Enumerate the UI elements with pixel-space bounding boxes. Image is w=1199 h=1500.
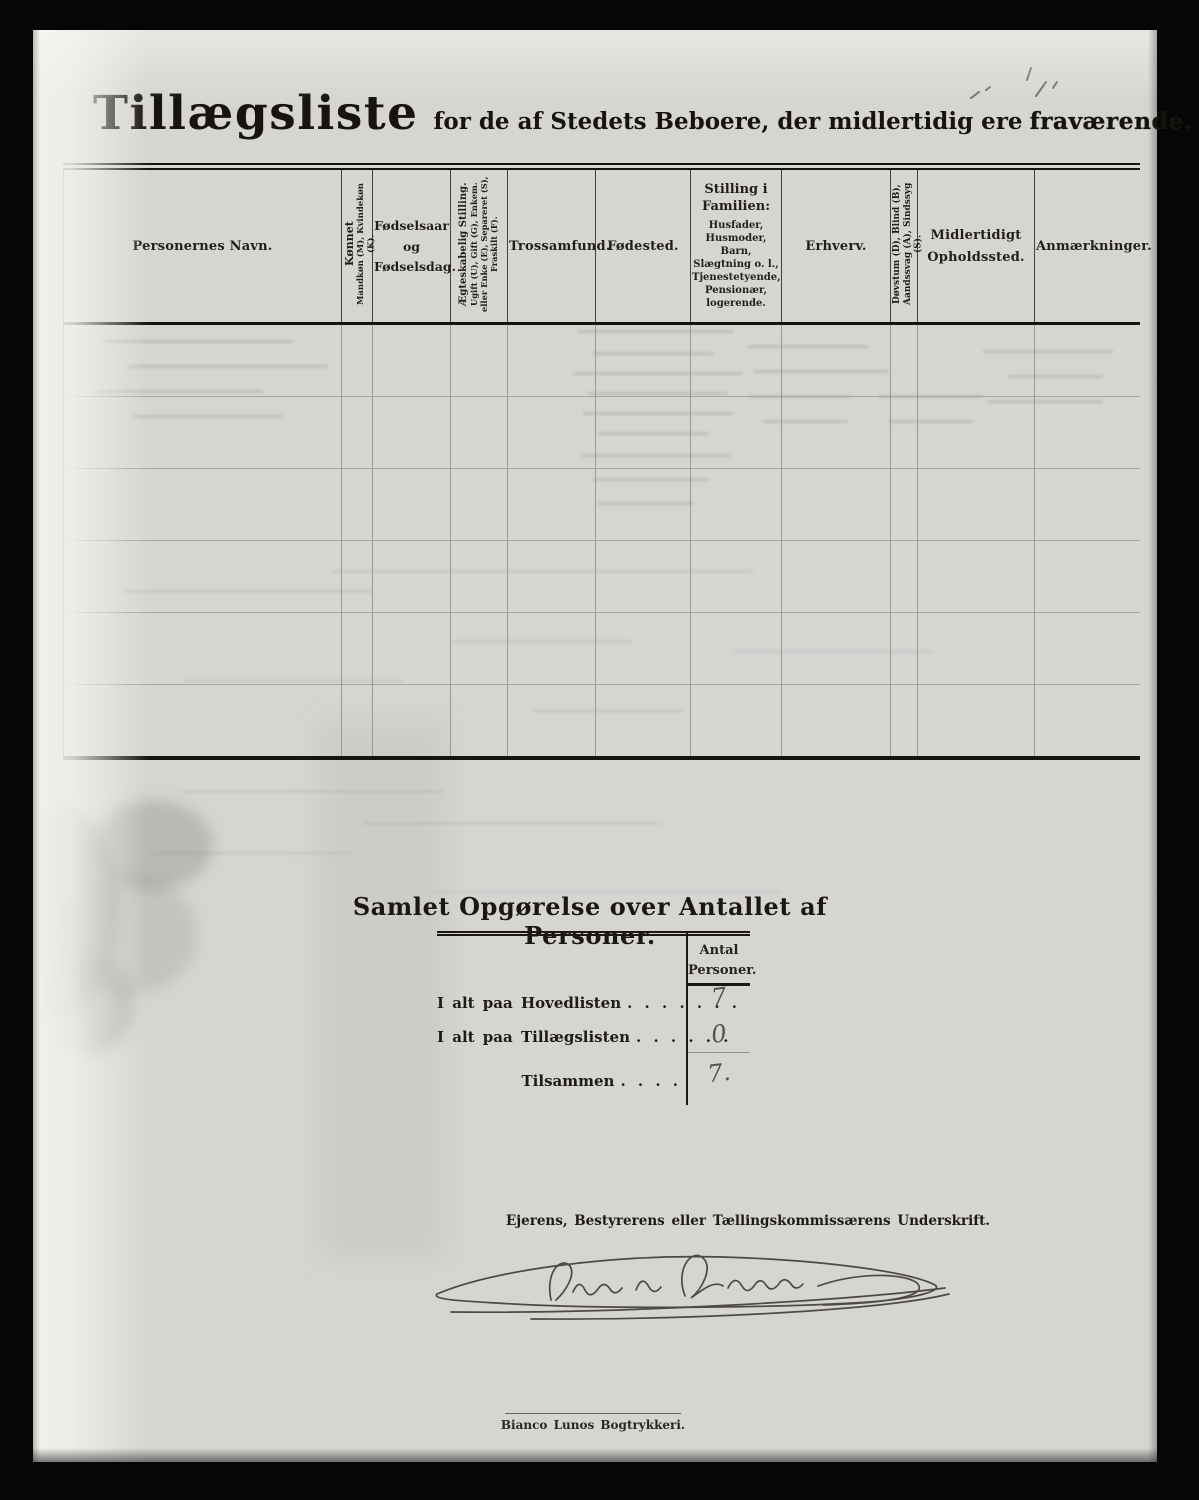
summary-col-header: Antal Personer. [688, 941, 750, 980]
table-cell [691, 541, 782, 613]
table-cell [508, 613, 596, 685]
table-row [64, 324, 1140, 397]
table-cell [782, 685, 891, 759]
scanned-page: Tillægslistefor de af Stedets Beboere, d… [33, 30, 1157, 1462]
table-cell [451, 541, 508, 613]
form-title-emphasis: fraværende. [1030, 107, 1193, 135]
table-cell [596, 469, 691, 541]
printer-rule [505, 1413, 681, 1414]
col-header-label: Midlertidigt Opholdssted. [927, 228, 1025, 265]
table-cell [596, 685, 691, 759]
table-cell [918, 324, 1035, 397]
table-cell [891, 613, 918, 685]
table-cell [782, 613, 891, 685]
col-header-sublabel: Ugift (U), Gift (G), Enkem. eller Enke (… [470, 173, 500, 315]
col-header-konnet: KønnetMandkøn (M), Kvindekøn (K). [342, 167, 373, 324]
col-header-fodselsaar: Fødselsaar og Fødselsdag. [373, 167, 451, 324]
table-cell [891, 397, 918, 469]
table-cell [342, 324, 373, 397]
summary-value-tilsammen: 7. [687, 1055, 752, 1090]
summary-row-label: Tilsammen [522, 1072, 615, 1090]
table-cell [1035, 469, 1140, 541]
table-cell [373, 469, 451, 541]
table-cell [451, 397, 508, 469]
table-cell [1035, 685, 1140, 759]
table-cell [64, 685, 342, 759]
col-header-label: Stilling i Familien: [692, 182, 780, 216]
table-cell [342, 397, 373, 469]
header-row: Personernes Navn. KønnetMandkøn (M), Kvi… [64, 167, 1140, 324]
table-cell [891, 541, 918, 613]
table-cell [508, 469, 596, 541]
table-cell [918, 685, 1035, 759]
col-header-erhverv: Erhverv. [782, 167, 891, 324]
table-cell [373, 541, 451, 613]
summary-top-rule [437, 931, 750, 936]
table-cell [342, 541, 373, 613]
table-cell [1035, 324, 1140, 397]
table-cell [508, 685, 596, 759]
table-cell [64, 613, 342, 685]
signature-caption: Ejerens, Bestyrerens eller Tællingskommi… [448, 1213, 1048, 1229]
table-cell [782, 469, 891, 541]
table-cell [451, 685, 508, 759]
table-cell [691, 469, 782, 541]
table-row [64, 397, 1140, 469]
col-header-label: Kønnet [343, 173, 356, 315]
table-cell [1035, 541, 1140, 613]
table-cell [596, 397, 691, 469]
table-cell [508, 541, 596, 613]
table-cell [373, 685, 451, 759]
col-header-fodested: Fødested. [596, 167, 691, 324]
form-title-rest: for de af Stedets Beboere, der midlertid… [433, 108, 1022, 135]
col-header-label: Erhverv. [805, 239, 866, 254]
table-cell [508, 324, 596, 397]
table-cell [1035, 397, 1140, 469]
table-cell [1035, 613, 1140, 685]
table-cell [373, 397, 451, 469]
table-cell [691, 324, 782, 397]
table-cell [508, 397, 596, 469]
col-header-label: Anmærkninger. [1036, 239, 1152, 254]
summary-value-tillaegslisten: 0 [687, 1016, 752, 1051]
summary-row-hovedlisten: I alt paa Hovedlisten. . . . . . . [437, 994, 680, 1012]
form-title-main: Tillægsliste [93, 86, 418, 141]
dot-leader: . . . . [620, 1072, 680, 1090]
table-cell [891, 469, 918, 541]
table-cell [782, 541, 891, 613]
table-cell [451, 613, 508, 685]
col-header-label: Fødselsaar og Fødselsdag. [374, 218, 456, 275]
col-header-sublabel: Mandkøn (M), Kvindekøn (K). [356, 173, 376, 315]
col-header-label: Døvstum (D), Blind (B), Aandssvag (A), S… [892, 173, 924, 315]
table-cell [64, 397, 342, 469]
table-row [64, 685, 1140, 759]
table-cell [342, 469, 373, 541]
col-header-dovstum: Døvstum (D), Blind (B), Aandssvag (A), S… [891, 167, 918, 324]
screenshot-root: Tillægslistefor de af Stedets Beboere, d… [0, 0, 1199, 1500]
col-header-sublabel: Husfader, Husmoder, Barn, Slægtning o. l… [692, 219, 780, 310]
col-header-trossamfund: Trossamfund. [508, 167, 596, 324]
table-cell [918, 469, 1035, 541]
col-header-midlertidigt-opholdssted: Midlertidigt Opholdssted. [918, 167, 1035, 324]
table-cell [451, 469, 508, 541]
summary-table: Antal Personer. I alt paa Hovedlisten. .… [437, 931, 750, 1107]
table-cell [918, 541, 1035, 613]
summary-row-label: I alt paa Tillægslisten [437, 1028, 630, 1046]
col-header-label: Trossamfund. [509, 239, 611, 254]
table-cell [451, 324, 508, 397]
summary-col-header-line1: Antal [688, 941, 750, 961]
table-cell [891, 324, 918, 397]
table-row [64, 469, 1140, 541]
col-header-anmaerkninger: Anmærkninger. [1035, 167, 1140, 324]
summary-total-rule [688, 1052, 750, 1053]
col-header-label: Personernes Navn. [133, 239, 273, 254]
table-cell [373, 613, 451, 685]
summary-row-tillaegslisten: I alt paa Tillægslisten. . . . . . [437, 1028, 680, 1046]
table-cell [918, 397, 1035, 469]
summary-value-hovedlisten: 7 [687, 979, 752, 1014]
summary-row-label: I alt paa Hovedlisten [437, 994, 621, 1012]
table-cell [64, 541, 342, 613]
table-cell [782, 324, 891, 397]
table-cell [64, 324, 342, 397]
table-cell [342, 685, 373, 759]
table-cell [342, 613, 373, 685]
summary-row-tilsammen: Tilsammen. . . . [437, 1072, 680, 1090]
table-cell [691, 613, 782, 685]
table-cell [596, 541, 691, 613]
table-cell [891, 685, 918, 759]
table-row [64, 613, 1140, 685]
col-header-personernes-navn: Personernes Navn. [64, 167, 342, 324]
census-table: Personernes Navn. KønnetMandkøn (M), Kvi… [63, 163, 1140, 760]
col-header-aegteskabelig-stilling: Ægteskabelig Stilling.Ugift (U), Gift (G… [451, 167, 508, 324]
table-cell [918, 613, 1035, 685]
form-title: Tillægslistefor de af Stedets Beboere, d… [93, 86, 1153, 141]
table-cell [64, 469, 342, 541]
table-row [64, 541, 1140, 613]
table-cell [691, 397, 782, 469]
col-header-label: Fødested. [607, 239, 679, 254]
table-cell [373, 324, 451, 397]
col-header-stilling-i-familien: Stilling i Familien:Husfader, Husmoder, … [691, 167, 782, 324]
printer-imprint: Bianco Lunos Bogtrykkeri. [473, 1418, 713, 1432]
table-cell [596, 324, 691, 397]
summary-col-header-line2: Personer. [688, 961, 750, 981]
table-cell [782, 397, 891, 469]
table-cell [596, 613, 691, 685]
signature-handwriting [423, 1230, 953, 1330]
table-cell [691, 685, 782, 759]
